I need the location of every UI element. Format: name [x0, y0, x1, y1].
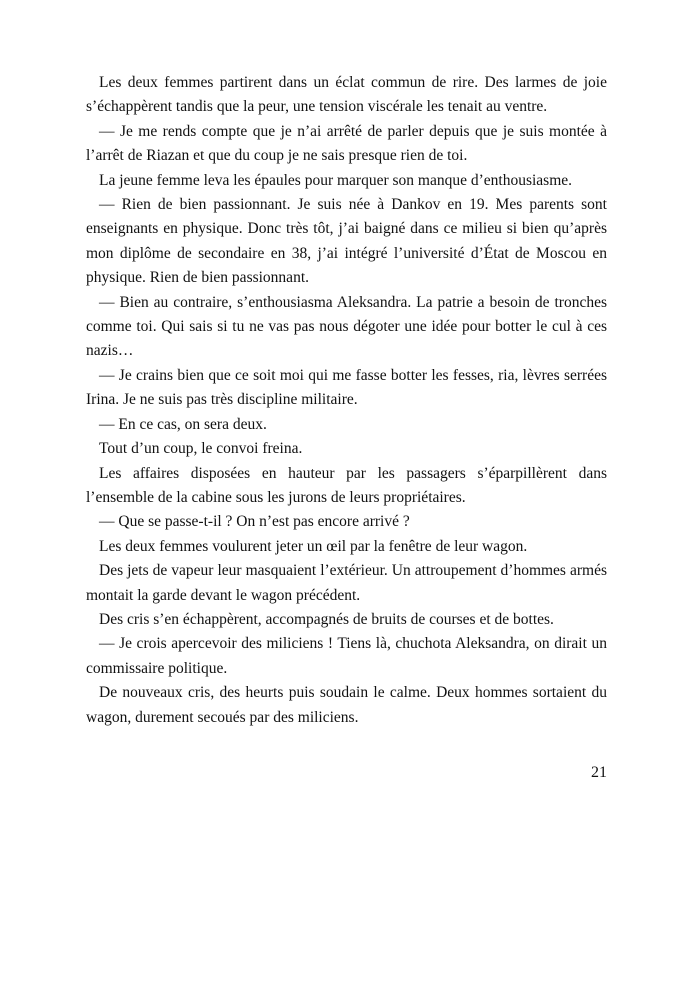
paragraph: — Je crains bien que ce soit moi qui me … [86, 364, 607, 413]
paragraph: Des jets de vapeur leur masquaient l’ext… [86, 559, 607, 608]
paragraph: — En ce cas, on sera deux. [86, 413, 607, 437]
paragraph: — Je crois apercevoir des miliciens ! Ti… [86, 632, 607, 681]
paragraph: Tout d’un coup, le convoi freina. [86, 437, 607, 461]
paragraph: Des cris s’en échappèrent, accompagnés d… [86, 608, 607, 632]
book-page: Les deux femmes partirent dans un éclat … [0, 0, 700, 992]
paragraph: — Que se passe-t-il ? On n’est pas encor… [86, 510, 607, 534]
page-number: 21 [86, 761, 607, 785]
paragraph: Les deux femmes voulurent jeter un œil p… [86, 535, 607, 559]
paragraph: Les deux femmes partirent dans un éclat … [86, 71, 607, 120]
paragraph: Les affaires disposées en hauteur par le… [86, 462, 607, 511]
paragraph: La jeune femme leva les épaules pour mar… [86, 169, 607, 193]
text-block: Les deux femmes partirent dans un éclat … [86, 71, 607, 730]
paragraph: De nouveaux cris, des heurts puis soudai… [86, 681, 607, 730]
paragraph: — Bien au contraire, s’enthousiasma Alek… [86, 291, 607, 364]
paragraph: — Rien de bien passionnant. Je suis née … [86, 193, 607, 291]
paragraph: — Je me rends compte que je n’ai arrêté … [86, 120, 607, 169]
